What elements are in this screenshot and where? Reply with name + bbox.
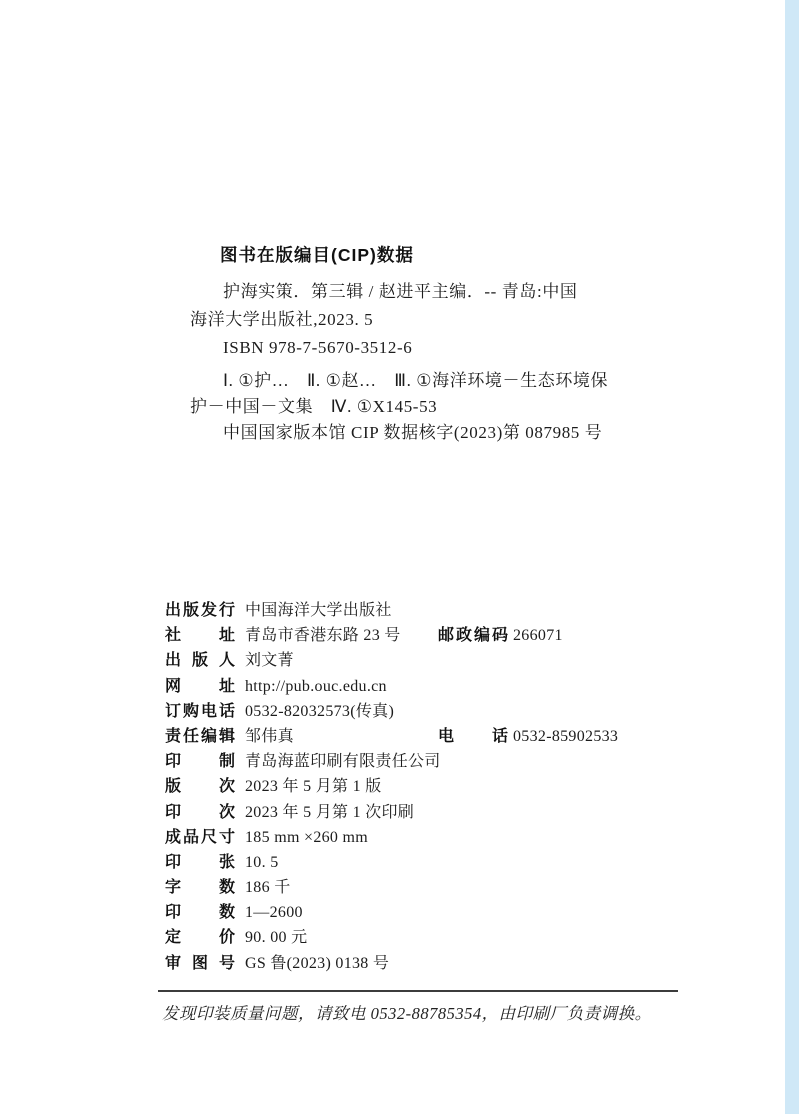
footer-divider: [158, 990, 678, 992]
row-label: 字数: [165, 875, 235, 900]
row-value: 1—2600: [245, 904, 303, 921]
row-value: 266071: [513, 627, 563, 644]
row-value: 邹伟真: [245, 728, 294, 745]
row-label: 出版人: [165, 648, 235, 673]
row-label: 印张: [165, 850, 235, 875]
colophon-row-website: 网址http://pub.ouc.edu.cn: [165, 674, 725, 699]
colophon-row-word-count: 字数186 千: [165, 875, 725, 900]
colophon-row-print-run: 印数1—2600: [165, 900, 725, 925]
cip-heading: 图书在版编目(CIP)数据: [220, 240, 630, 270]
row-label: 印数: [165, 900, 235, 925]
row-value: 10. 5: [245, 854, 279, 871]
row-label: 审图号: [165, 951, 235, 976]
row-value: 2023 年 5 月第 1 次印刷: [245, 804, 414, 821]
cip-line-title: 护海实策．第三辑 / 赵进平主编．-- 青岛:中国: [190, 278, 630, 306]
quality-notice: 发现印装质量问题，请致电 0532-88785354，由印刷厂负责调换。: [162, 1002, 682, 1026]
cip-block: 图书在版编目(CIP)数据 护海实策．第三辑 / 赵进平主编．-- 青岛:中国 …: [190, 240, 630, 446]
colophon-row-trim-size: 成品尺寸185 mm ×260 mm: [165, 825, 725, 850]
row-label: 印次: [165, 800, 235, 825]
colophon-row-sheets: 印张10. 5: [165, 850, 725, 875]
row-label: 责任编辑: [165, 724, 235, 749]
row-label: 网址: [165, 674, 235, 699]
colophon-row-publisher: 出版发行中国海洋大学出版社: [165, 598, 725, 623]
row-value: 2023 年 5 月第 1 版: [245, 778, 382, 795]
phone-pair: 电话0532-85902533: [438, 724, 618, 749]
cip-line-record-number: 中国国家版本馆 CIP 数据核字(2023)第 087985 号: [190, 420, 630, 446]
colophon-row-publisher-person: 出版人刘文菁: [165, 648, 725, 673]
row-value: 刘文菁: [245, 652, 294, 669]
row-value: 青岛海蓝印刷有限责任公司: [245, 753, 441, 770]
scan-edge-strip: [785, 0, 799, 1114]
colophon-block: 出版发行中国海洋大学出版社 社址青岛市香港东路 23 号 邮政编码266071 …: [165, 598, 725, 976]
colophon-row-impression: 印次2023 年 5 月第 1 次印刷: [165, 800, 725, 825]
row-label: 电话: [438, 724, 508, 749]
colophon-row-edition: 版次2023 年 5 月第 1 版: [165, 774, 725, 799]
row-value: 青岛市香港东路 23 号: [245, 627, 401, 644]
row-label: 出版发行: [165, 598, 235, 623]
colophon-row-map-approval: 审图号GS 鲁(2023) 0138 号: [165, 951, 725, 976]
row-label: 社址: [165, 623, 235, 648]
row-value: 185 mm ×260 mm: [245, 829, 368, 846]
colophon-row-address: 社址青岛市香港东路 23 号 邮政编码266071: [165, 623, 725, 648]
row-label: 印制: [165, 749, 235, 774]
cip-line-publisher: 海洋大学出版社,2023. 5: [190, 306, 630, 334]
cip-line-class-1: Ⅰ. ①护… Ⅱ. ①赵… Ⅲ. ①海洋环境－生态环境保: [190, 368, 630, 394]
row-value: 90. 00 元: [245, 929, 307, 946]
colophon-row-order-phone: 订购电话0532-82032573(传真): [165, 699, 725, 724]
row-value: 0532-85902533: [513, 728, 618, 745]
row-label: 定价: [165, 925, 235, 950]
colophon-row-editor: 责任编辑邹伟真 电话0532-85902533: [165, 724, 725, 749]
row-label: 订购电话: [165, 699, 235, 724]
page: 图书在版编目(CIP)数据 护海实策．第三辑 / 赵进平主编．-- 青岛:中国 …: [0, 0, 799, 1114]
website-url: http://pub.ouc.edu.cn: [245, 678, 387, 695]
row-label: 成品尺寸: [165, 825, 235, 850]
row-label: 邮政编码: [438, 623, 508, 648]
row-value: 中国海洋大学出版社: [245, 602, 392, 619]
cip-line-isbn: ISBN 978-7-5670-3512-6: [190, 334, 630, 362]
colophon-row-price: 定价90. 00 元: [165, 925, 725, 950]
row-value: 186 千: [245, 879, 291, 896]
row-value: GS 鲁(2023) 0138 号: [245, 955, 389, 972]
row-value: 0532-82032573(传真): [245, 703, 394, 720]
postal-code-pair: 邮政编码266071: [438, 623, 563, 648]
cip-line-class-2: 护－中国－文集 Ⅳ. ①X145-53: [190, 394, 630, 420]
colophon-row-printer: 印制青岛海蓝印刷有限责任公司: [165, 749, 725, 774]
row-label: 版次: [165, 774, 235, 799]
